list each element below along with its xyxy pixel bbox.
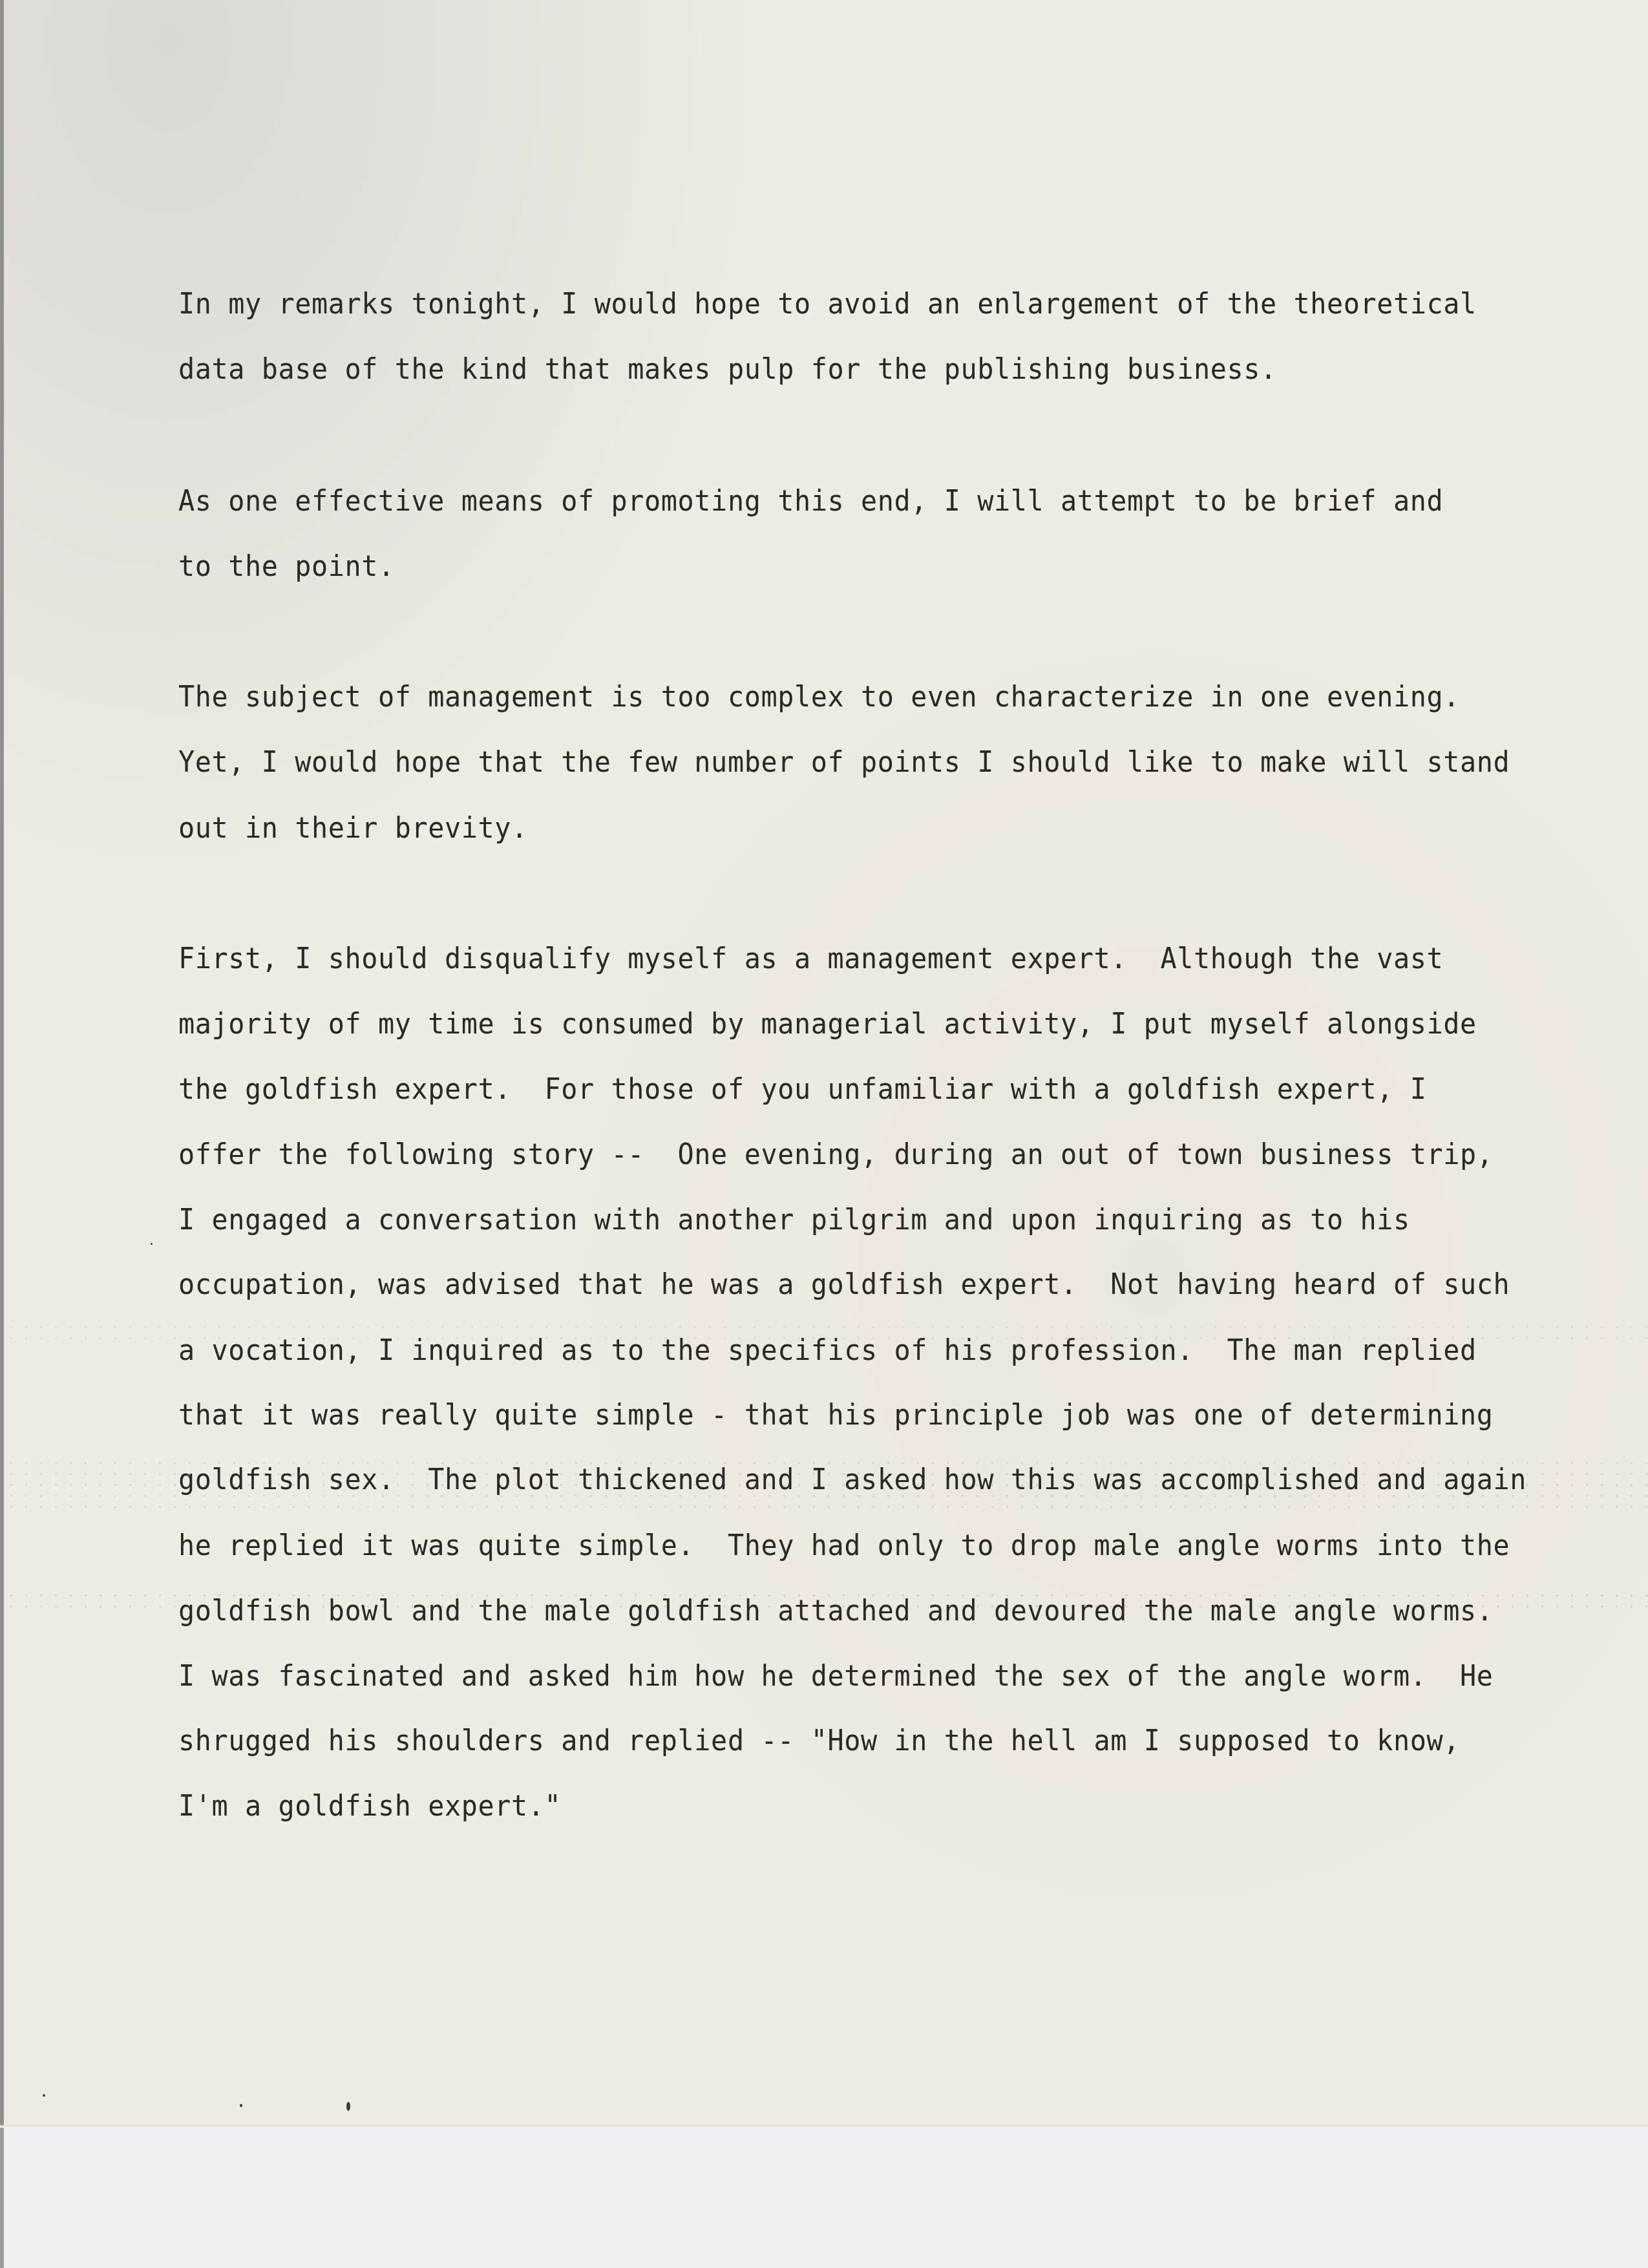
paragraph-3-line-2: Yet, I would hope that the few number of… xyxy=(178,747,1510,776)
paragraph-4-line-5: I engaged a conversation with another pi… xyxy=(178,1205,1410,1234)
paragraph-3-line-3: out in their brevity. xyxy=(178,813,528,842)
typewritten-page: In my remarks tonight, I would hope to a… xyxy=(0,0,1648,2126)
paragraph-4-line-4: offer the following story -- One evening… xyxy=(178,1139,1494,1169)
ink-speck xyxy=(43,2094,45,2097)
paragraph-2-line-1: As one effective means of promoting this… xyxy=(178,486,1443,515)
photocopy-noise xyxy=(4,1322,1648,1341)
photocopy-noise xyxy=(4,1457,1648,1516)
scanner-background xyxy=(0,2128,1648,2268)
paragraph-4-line-13: shrugged his shoulders and replied -- "H… xyxy=(178,1726,1460,1755)
paragraph-4-line-2: majority of my time is consumed by manag… xyxy=(178,1009,1477,1038)
paragraph-4-line-3: the goldfish expert. For those of you un… xyxy=(178,1074,1427,1103)
ink-speck xyxy=(346,2102,350,2111)
paragraph-4-line-6: occupation, was advised that he was a go… xyxy=(178,1269,1510,1298)
photocopy-noise xyxy=(4,1590,1648,1616)
ink-speck xyxy=(1466,309,1469,312)
paragraph-4-line-10: he replied it was quite simple. They had… xyxy=(178,1531,1510,1560)
paragraph-4-line-12: I was fascinated and asked him how he de… xyxy=(178,1661,1494,1690)
paragraph-3-line-1: The subject of management is too complex… xyxy=(178,682,1460,711)
paragraph-2-line-2: to the point. xyxy=(178,551,395,580)
paragraph-4-line-1: First, I should disqualify myself as a m… xyxy=(178,944,1443,973)
paragraph-1-line-1: In my remarks tonight, I would hope to a… xyxy=(178,289,1477,318)
ink-speck xyxy=(240,2104,242,2107)
paragraph-4-line-8: that it was really quite simple - that h… xyxy=(178,1400,1494,1429)
paragraph-4-line-14: I'm a goldfish expert." xyxy=(178,1791,561,1820)
ink-speck xyxy=(151,1243,153,1245)
paragraph-1-line-2: data base of the kind that makes pulp fo… xyxy=(178,354,1277,383)
